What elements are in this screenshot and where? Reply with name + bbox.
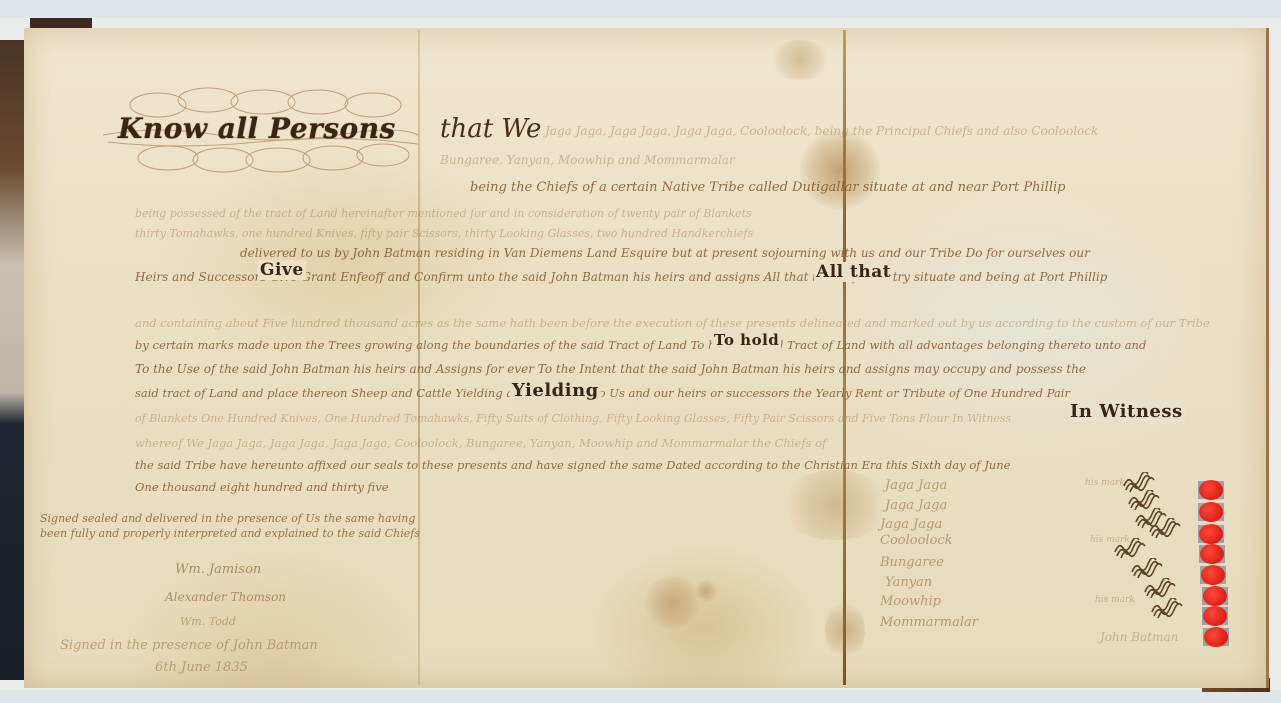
water-stain (770, 40, 830, 80)
wax-seal (1203, 628, 1229, 646)
wax-seal (1199, 545, 1225, 563)
signatory-name: Cooloolock (880, 533, 953, 548)
body-line: said tract of Land and place thereon She… (135, 386, 1070, 400)
body-line: thirty Tomahawks, one hundred Knives, fi… (135, 227, 753, 240)
wax-seal (1198, 503, 1224, 521)
chief-mark-icon (1150, 598, 1184, 620)
body-line: and containing about Five hundred thousa… (135, 316, 1210, 330)
chief-mark-icon (1113, 538, 1147, 560)
signatory-name: Jaga Jaga (885, 478, 947, 493)
body-line: To the Use of the said John Batman his h… (135, 362, 1086, 376)
body-line: by certain marks made upon the Trees gro… (135, 338, 1146, 352)
wax-seal (1202, 587, 1228, 605)
wax-seal (1198, 525, 1224, 543)
body-line: delivered to us by John Batman residing … (240, 246, 1090, 260)
water-stain (695, 580, 717, 602)
heading-know-all-persons: Know all Persons (118, 112, 396, 145)
body-line: Jaga Jaga, Jaga Jaga, Jaga Jaga, Coolool… (545, 124, 1098, 138)
body-line: One thousand eight hundred and thirty fi… (135, 480, 389, 494)
attestation-line: been fully and properly interpreted and … (40, 527, 420, 540)
body-line: the said Tribe have hereunto affixed our… (135, 458, 1010, 472)
ornamental-in-witness: In Witness (1068, 401, 1185, 422)
water-stain (800, 130, 880, 210)
signatory-name: Jaga Jaga (885, 498, 947, 513)
body-line: whereof We Jaga Jaga, Jaga Jaga, Jaga Ja… (135, 436, 826, 450)
signatory-name: Bungaree (880, 555, 944, 570)
water-stain (645, 575, 700, 630)
signatory-name: Yanyan (885, 575, 932, 590)
signatory-name: Mommarmalar (880, 615, 978, 630)
water-stain (825, 600, 865, 660)
attestation-line: Signed sealed and delivered in the prese… (40, 512, 415, 525)
body-line: being possessed of the tract of Land her… (135, 207, 752, 220)
witness-signature: Wm. Todd (180, 615, 236, 628)
opening-that-we: that We (440, 114, 541, 144)
wax-seal (1202, 607, 1228, 625)
ornamental-to-hold: To hold (712, 331, 781, 349)
ornamental-all-that: All that (814, 262, 893, 282)
chief-mark-icon (1130, 558, 1164, 580)
water-stain (780, 470, 890, 540)
final-signature: John Batman (1100, 630, 1178, 644)
witness-date: 6th June 1835 (155, 660, 248, 675)
his-mark-label: his mark (1085, 478, 1125, 488)
chief-mark-icon (1148, 518, 1182, 540)
chief-mark-icon (1143, 578, 1177, 600)
body-line: Bungaree, Yanyan, Moowhip and Mommarmala… (440, 153, 735, 167)
witness-signature: Wm. Jamison (175, 562, 261, 577)
signatory-name: Jaga Jaga (880, 517, 942, 532)
wax-seal (1198, 481, 1224, 499)
witness-signature: Signed in the presence of John Batman (60, 638, 318, 653)
his-mark-label: his mark (1095, 595, 1135, 605)
witness-signature: Alexander Thomson (165, 590, 286, 604)
ornamental-yielding: Yielding (510, 380, 601, 401)
wax-seal (1200, 566, 1226, 584)
body-line: of Blankets One Hundred Knives, One Hund… (135, 412, 1011, 425)
signatory-name: Moowhip (880, 594, 941, 609)
ornamental-give: Give (258, 260, 306, 280)
body-line: being the Chiefs of a certain Native Tri… (470, 180, 1065, 195)
